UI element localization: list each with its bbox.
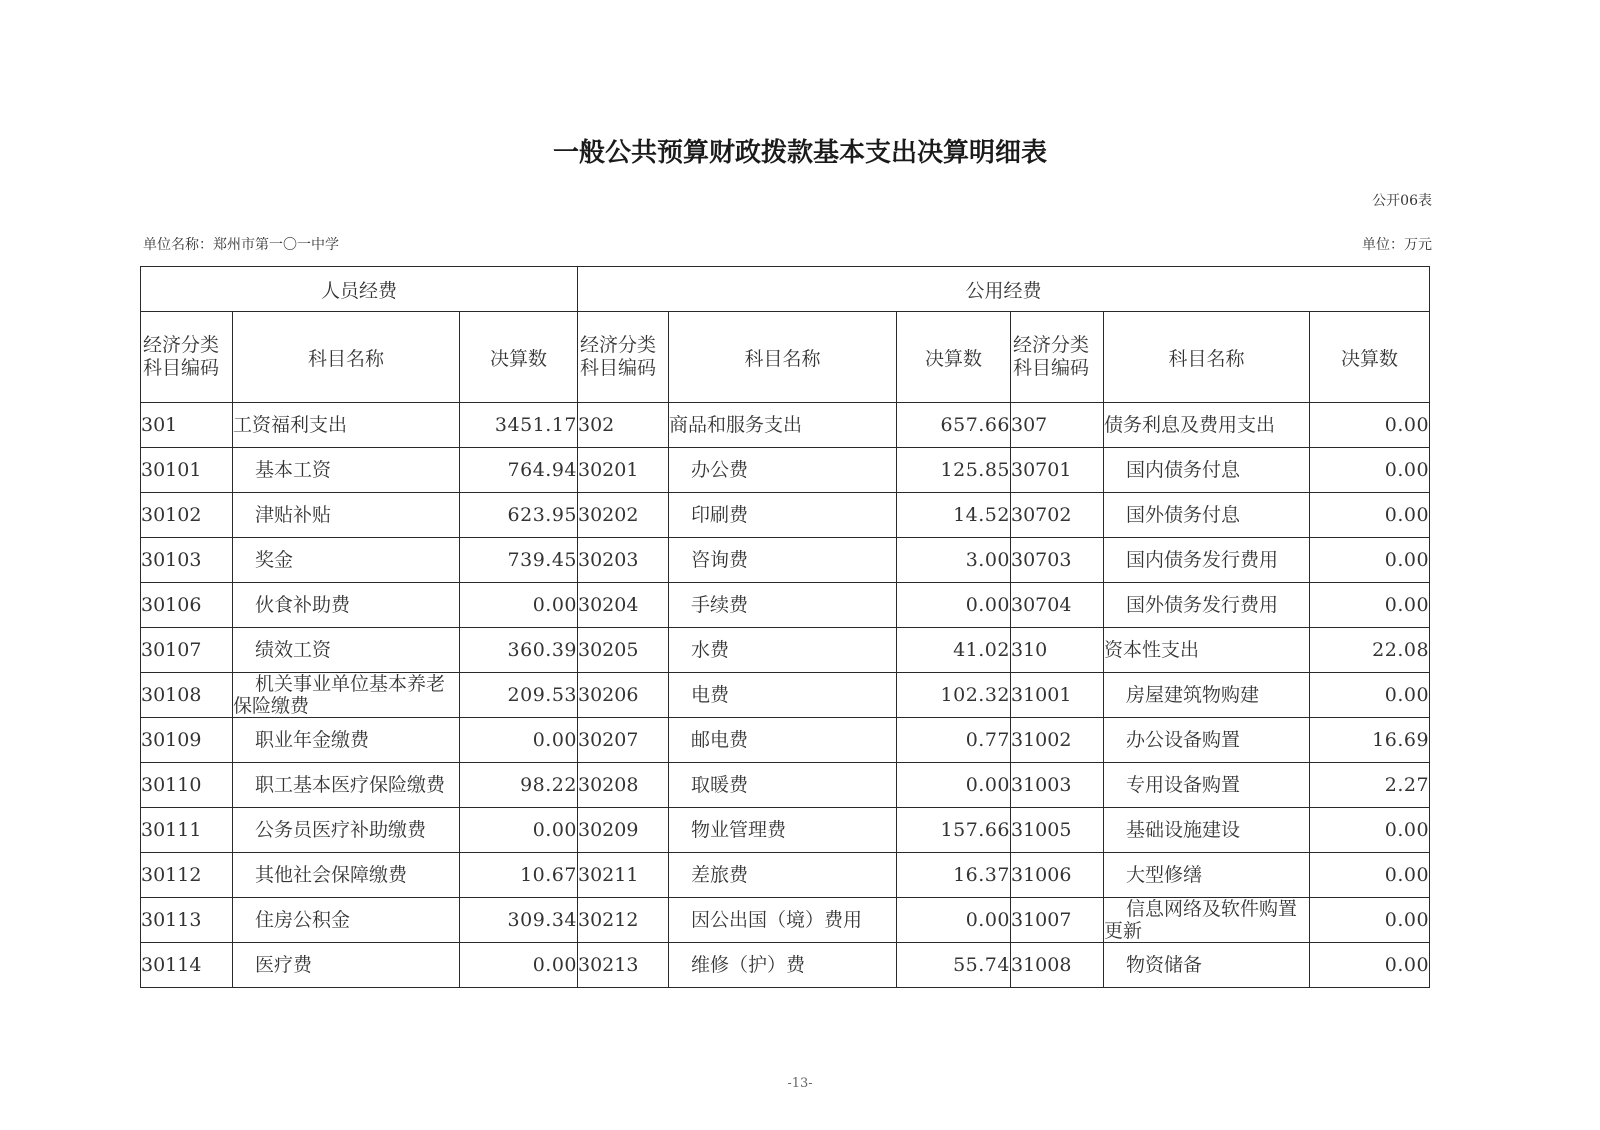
item-name-text: 维修（护）费 (691, 954, 805, 976)
capital-amount-cell: 0.00 (1310, 583, 1430, 628)
column-header-code: 经济分类科目编码 (578, 312, 669, 403)
column-header-name: 科目名称 (233, 312, 460, 403)
capital-name-cell: 债务利息及费用支出 (1104, 403, 1310, 448)
item-name-text: 印刷费 (691, 504, 748, 526)
capital-name-cell: 办公设备购置 (1104, 718, 1310, 763)
item-name-text: 因公出国（境）费用 (691, 909, 862, 931)
table-row: 30112其他社会保障缴费10.6730211差旅费16.3731006大型修缮… (141, 853, 1430, 898)
table-row: 30103奖金739.4530203咨询费3.0030703国内债务发行费用0.… (141, 538, 1430, 583)
capital-code-cell: 30704 (1011, 583, 1104, 628)
capital-code-cell: 30702 (1011, 493, 1104, 538)
capital-code-cell: 31002 (1011, 718, 1104, 763)
goods-amount-cell: 16.37 (897, 853, 1011, 898)
table-row: 30101基本工资764.9430201办公费125.8530701国内债务付息… (141, 448, 1430, 493)
goods-amount-cell: 0.00 (897, 763, 1011, 808)
goods-name-cell: 维修（护）费 (669, 943, 897, 988)
goods-amount-cell: 125.85 (897, 448, 1011, 493)
goods-amount-cell: 14.52 (897, 493, 1011, 538)
capital-name-cell: 基础设施建设 (1104, 808, 1310, 853)
goods-code-cell: 302 (578, 403, 669, 448)
item-name-text: 绩效工资 (255, 639, 331, 661)
item-name-text: 商品和服务支出 (669, 414, 802, 436)
goods-amount-cell: 3.00 (897, 538, 1011, 583)
group-header-public: 公用经费 (578, 267, 1430, 312)
capital-code-cell: 31005 (1011, 808, 1104, 853)
capital-name-cell: 资本性支出 (1104, 628, 1310, 673)
personnel-code-cell: 30111 (141, 808, 233, 853)
goods-name-cell: 差旅费 (669, 853, 897, 898)
personnel-name-cell: 津贴补贴 (233, 493, 460, 538)
item-name-text: 国内债务发行费用 (1126, 549, 1278, 571)
personnel-code-cell: 30108 (141, 673, 233, 718)
capital-code-cell: 30703 (1011, 538, 1104, 583)
item-name-text: 津贴补贴 (255, 504, 331, 526)
personnel-name-cell: 伙食补助费 (233, 583, 460, 628)
item-name-text: 奖金 (255, 549, 293, 571)
item-name-text: 职业年金缴费 (255, 729, 369, 751)
personnel-name-cell: 医疗费 (233, 943, 460, 988)
goods-code-cell: 30201 (578, 448, 669, 493)
capital-name-cell: 专用设备购置 (1104, 763, 1310, 808)
table-row: 30107绩效工资360.3930205水费41.02310资本性支出22.08 (141, 628, 1430, 673)
column-header-name: 科目名称 (669, 312, 897, 403)
personnel-name-cell: 公务员医疗补助缴费 (233, 808, 460, 853)
personnel-amount-cell: 764.94 (460, 448, 578, 493)
personnel-name-cell: 机关事业单位基本养老保险缴费 (233, 673, 460, 718)
goods-code-cell: 30203 (578, 538, 669, 583)
goods-name-cell: 印刷费 (669, 493, 897, 538)
group-header-personnel: 人员经费 (141, 267, 578, 312)
capital-amount-cell: 0.00 (1310, 403, 1430, 448)
capital-name-cell: 大型修缮 (1104, 853, 1310, 898)
personnel-amount-cell: 623.95 (460, 493, 578, 538)
form-number: 公开06表 (1372, 190, 1432, 210)
personnel-name-cell: 基本工资 (233, 448, 460, 493)
personnel-amount-cell: 739.45 (460, 538, 578, 583)
column-header-amount: 决算数 (897, 312, 1011, 403)
item-name-text: 邮电费 (691, 729, 748, 751)
personnel-code-cell: 30107 (141, 628, 233, 673)
personnel-amount-cell: 0.00 (460, 718, 578, 763)
capital-name-cell: 国外债务发行费用 (1104, 583, 1310, 628)
item-name-text: 职工基本医疗保险缴费 (255, 774, 445, 796)
item-name-text: 物业管理费 (691, 819, 786, 841)
goods-code-cell: 30209 (578, 808, 669, 853)
personnel-name-cell: 职工基本医疗保险缴费 (233, 763, 460, 808)
item-name-text: 咨询费 (691, 549, 748, 571)
capital-amount-cell: 2.27 (1310, 763, 1430, 808)
item-name-text: 电费 (691, 684, 729, 706)
personnel-code-cell: 30101 (141, 448, 233, 493)
goods-code-cell: 30205 (578, 628, 669, 673)
item-name-text: 公务员医疗补助缴费 (255, 819, 426, 841)
item-name-text: 其他社会保障缴费 (255, 864, 407, 886)
capital-amount-cell: 22.08 (1310, 628, 1430, 673)
capital-code-cell: 31008 (1011, 943, 1104, 988)
item-name-text: 手续费 (691, 594, 748, 616)
table-row: 30102津贴补贴623.9530202印刷费14.5230702国外债务付息0… (141, 493, 1430, 538)
unit-name-label: 单位名称：郑州市第一〇一中学 (143, 234, 339, 254)
personnel-code-cell: 30114 (141, 943, 233, 988)
goods-name-cell: 商品和服务支出 (669, 403, 897, 448)
capital-amount-cell: 0.00 (1310, 898, 1430, 943)
personnel-amount-cell: 360.39 (460, 628, 578, 673)
capital-code-cell: 31001 (1011, 673, 1104, 718)
goods-name-cell: 水费 (669, 628, 897, 673)
item-name-text: 取暖费 (691, 774, 748, 796)
item-name-text: 医疗费 (255, 954, 312, 976)
column-header-amount: 决算数 (460, 312, 578, 403)
goods-name-cell: 办公费 (669, 448, 897, 493)
personnel-name-cell: 奖金 (233, 538, 460, 583)
page-title: 一般公共预算财政拨款基本支出决算明细表 (0, 132, 1600, 169)
goods-amount-cell: 102.32 (897, 673, 1011, 718)
capital-amount-cell: 0.00 (1310, 538, 1430, 583)
personnel-amount-cell: 0.00 (460, 808, 578, 853)
table-row: 30110职工基本医疗保险缴费98.2230208取暖费0.0031003专用设… (141, 763, 1430, 808)
goods-name-cell: 手续费 (669, 583, 897, 628)
goods-code-cell: 30206 (578, 673, 669, 718)
personnel-code-cell: 30106 (141, 583, 233, 628)
personnel-amount-cell: 10.67 (460, 853, 578, 898)
capital-code-cell: 310 (1011, 628, 1104, 673)
column-header-name: 科目名称 (1104, 312, 1310, 403)
item-name-text: 国外债务发行费用 (1126, 594, 1278, 616)
goods-amount-cell: 0.00 (897, 898, 1011, 943)
goods-amount-cell: 657.66 (897, 403, 1011, 448)
goods-name-cell: 物业管理费 (669, 808, 897, 853)
personnel-name-cell: 工资福利支出 (233, 403, 460, 448)
item-name-text: 工资福利支出 (233, 414, 347, 436)
item-name-text: 国内债务付息 (1126, 459, 1240, 481)
personnel-amount-cell: 0.00 (460, 583, 578, 628)
capital-amount-cell: 0.00 (1310, 493, 1430, 538)
item-name-text: 办公费 (691, 459, 748, 481)
item-name-text: 房屋建筑物购建 (1126, 684, 1259, 706)
goods-amount-cell: 0.77 (897, 718, 1011, 763)
item-name-text: 大型修缮 (1126, 864, 1202, 886)
personnel-code-cell: 30103 (141, 538, 233, 583)
capital-amount-cell: 0.00 (1310, 853, 1430, 898)
goods-code-cell: 30202 (578, 493, 669, 538)
personnel-amount-cell: 0.00 (460, 943, 578, 988)
column-header-code: 经济分类科目编码 (1011, 312, 1104, 403)
personnel-name-cell: 职业年金缴费 (233, 718, 460, 763)
capital-code-cell: 31006 (1011, 853, 1104, 898)
table-row: 30114医疗费0.0030213维修（护）费55.7431008物资储备0.0… (141, 943, 1430, 988)
personnel-code-cell: 30113 (141, 898, 233, 943)
goods-code-cell: 30207 (578, 718, 669, 763)
personnel-code-cell: 30112 (141, 853, 233, 898)
item-name-text: 办公设备购置 (1126, 729, 1240, 751)
table-row: 30111公务员医疗补助缴费0.0030209物业管理费157.6631005基… (141, 808, 1430, 853)
goods-amount-cell: 0.00 (897, 583, 1011, 628)
goods-name-cell: 邮电费 (669, 718, 897, 763)
item-name-text: 差旅费 (691, 864, 748, 886)
personnel-name-cell: 绩效工资 (233, 628, 460, 673)
goods-amount-cell: 157.66 (897, 808, 1011, 853)
personnel-name-cell: 住房公积金 (233, 898, 460, 943)
item-name-text: 伙食补助费 (255, 594, 350, 616)
capital-name-cell: 房屋建筑物购建 (1104, 673, 1310, 718)
item-name-text: 基本工资 (255, 459, 331, 481)
goods-code-cell: 30211 (578, 853, 669, 898)
goods-code-cell: 30208 (578, 763, 669, 808)
personnel-code-cell: 30102 (141, 493, 233, 538)
goods-code-cell: 30204 (578, 583, 669, 628)
column-header-amount: 决算数 (1310, 312, 1430, 403)
personnel-code-cell: 301 (141, 403, 233, 448)
expenditure-detail-table: 人员经费 公用经费 经济分类科目编码 科目名称 决算数 经济分类科目编码 科目名… (140, 266, 1430, 988)
capital-code-cell: 307 (1011, 403, 1104, 448)
item-name-text: 债务利息及费用支出 (1104, 414, 1275, 436)
personnel-amount-cell: 309.34 (460, 898, 578, 943)
capital-code-cell: 31007 (1011, 898, 1104, 943)
capital-amount-cell: 0.00 (1310, 943, 1430, 988)
goods-name-cell: 咨询费 (669, 538, 897, 583)
table-row: 30108机关事业单位基本养老保险缴费209.5330206电费102.3231… (141, 673, 1430, 718)
capital-name-cell: 物资储备 (1104, 943, 1310, 988)
capital-amount-cell: 0.00 (1310, 673, 1430, 718)
personnel-code-cell: 30110 (141, 763, 233, 808)
goods-name-cell: 因公出国（境）费用 (669, 898, 897, 943)
item-name-text: 国外债务付息 (1126, 504, 1240, 526)
table-row: 30109职业年金缴费0.0030207邮电费0.7731002办公设备购置16… (141, 718, 1430, 763)
currency-unit-label: 单位：万元 (1362, 234, 1432, 254)
capital-name-cell: 国内债务付息 (1104, 448, 1310, 493)
item-name-text: 水费 (691, 639, 729, 661)
table-row: 301工资福利支出3451.17302商品和服务支出657.66307债务利息及… (141, 403, 1430, 448)
goods-name-cell: 取暖费 (669, 763, 897, 808)
goods-code-cell: 30213 (578, 943, 669, 988)
goods-amount-cell: 41.02 (897, 628, 1011, 673)
item-name-text: 物资储备 (1126, 954, 1202, 976)
item-name-text: 专用设备购置 (1126, 774, 1240, 796)
goods-name-cell: 电费 (669, 673, 897, 718)
item-name-text: 机关事业单位基本养老保险缴费 (233, 673, 445, 717)
item-name-text: 信息网络及软件购置更新 (1104, 898, 1297, 942)
personnel-amount-cell: 209.53 (460, 673, 578, 718)
item-name-text: 住房公积金 (255, 909, 350, 931)
personnel-code-cell: 30109 (141, 718, 233, 763)
capital-name-cell: 国外债务付息 (1104, 493, 1310, 538)
goods-code-cell: 30212 (578, 898, 669, 943)
capital-code-cell: 30701 (1011, 448, 1104, 493)
capital-amount-cell: 0.00 (1310, 448, 1430, 493)
capital-name-cell: 国内债务发行费用 (1104, 538, 1310, 583)
capital-code-cell: 31003 (1011, 763, 1104, 808)
capital-amount-cell: 16.69 (1310, 718, 1430, 763)
table-row: 30113住房公积金309.3430212因公出国（境）费用0.0031007信… (141, 898, 1430, 943)
goods-amount-cell: 55.74 (897, 943, 1011, 988)
personnel-amount-cell: 98.22 (460, 763, 578, 808)
personnel-amount-cell: 3451.17 (460, 403, 578, 448)
item-name-text: 基础设施建设 (1126, 819, 1240, 841)
capital-name-cell: 信息网络及软件购置更新 (1104, 898, 1310, 943)
column-header-code: 经济分类科目编码 (141, 312, 233, 403)
table-row: 30106伙食补助费0.0030204手续费0.0030704国外债务发行费用0… (141, 583, 1430, 628)
personnel-name-cell: 其他社会保障缴费 (233, 853, 460, 898)
item-name-text: 资本性支出 (1104, 639, 1199, 661)
page-number: -13- (0, 1076, 1600, 1091)
capital-amount-cell: 0.00 (1310, 808, 1430, 853)
